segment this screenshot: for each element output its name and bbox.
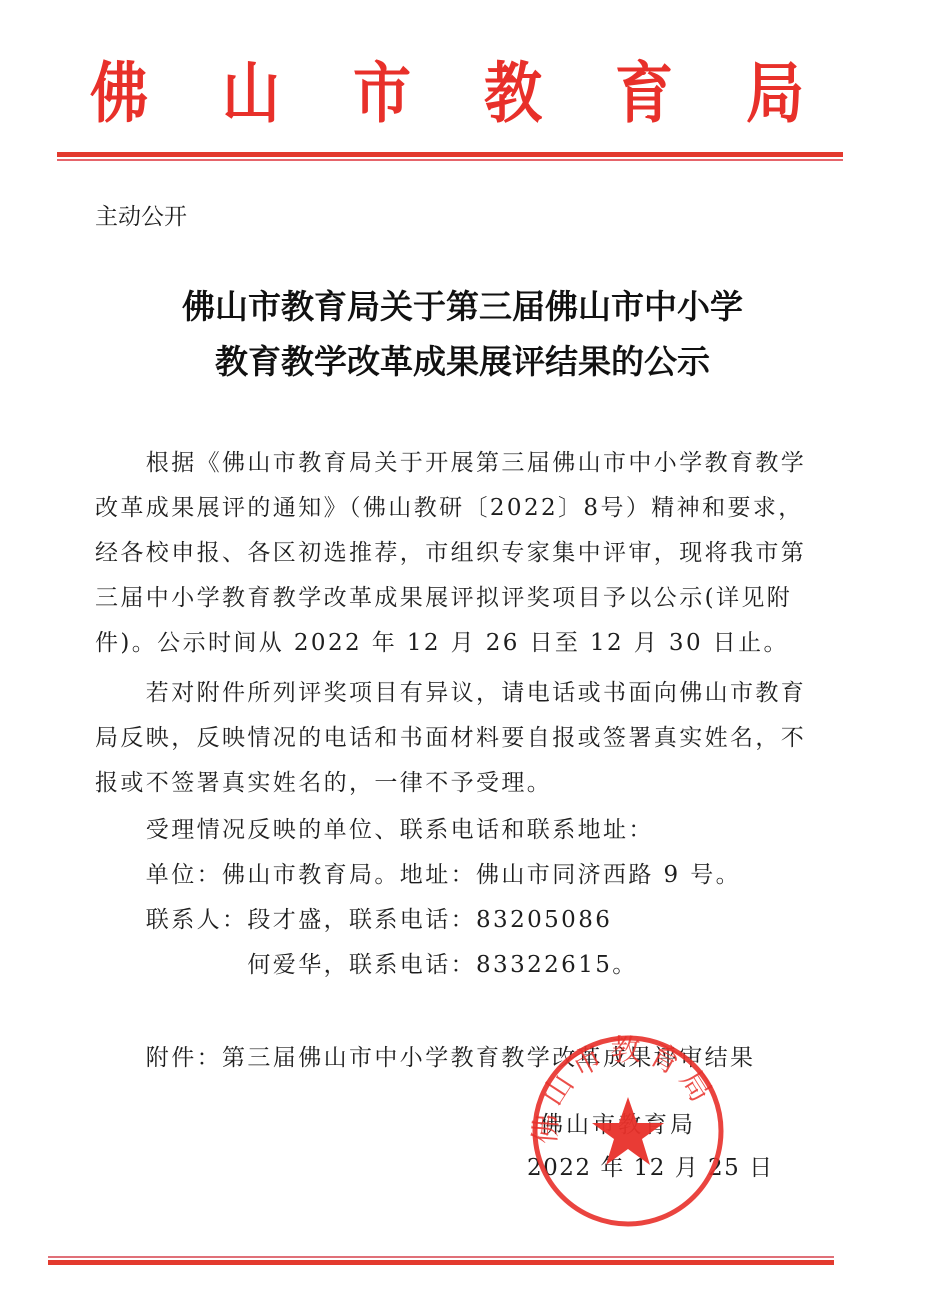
body-line: 件)。公示时间从 2022 年 12 月 26 日至 12 月 30 日止。: [95, 627, 815, 659]
body-line: 三届中小学教育教学改革成果展评拟评奖项目予以公示(详见附: [95, 582, 815, 614]
footer-rule-thin: [48, 1256, 834, 1258]
contact-intro: 受理情况反映的单位、联系电话和联系地址：: [95, 814, 815, 846]
footer-rule-thick: [48, 1260, 834, 1265]
body-line: 局反映，反映情况的电话和书面材料要自报或签署真实姓名，不: [95, 722, 815, 754]
masthead-char: 佛: [90, 52, 148, 134]
contact-person-2: 何爱华，联系电话：83322615。: [95, 949, 815, 981]
masthead-rule-thin: [57, 159, 843, 161]
contact-unit-address: 单位：佛山市教育局。地址：佛山市同济西路 9 号。: [95, 859, 815, 891]
body-line: 改革成果展评的通知》（佛山教研〔2022〕8号）精神和要求，: [95, 492, 815, 524]
document-title-line-2: 教育教学改革成果展评结果的公示: [0, 342, 925, 382]
masthead-char: 育: [615, 52, 673, 134]
body-line: 经各校申报、各区初选推荐，市组织专家集中评审，现将我市第: [95, 537, 815, 569]
document-title-line-1: 佛山市教育局关于第三届佛山市中小学: [0, 287, 925, 327]
masthead-rule-thick: [57, 152, 843, 157]
masthead-char: 教: [484, 52, 542, 134]
contact-person-1: 联系人：段才盛，联系电话：83205086: [95, 904, 815, 936]
masthead-char: 市: [353, 52, 411, 134]
attachment-line: 附件：第三届佛山市中小学教育教学改革成果评审结果: [95, 1042, 815, 1074]
masthead-char: 局: [746, 52, 804, 134]
body-line: 根据《佛山市教育局关于开展第三届佛山市中小学教育教学: [95, 447, 815, 479]
masthead-char: 山: [222, 52, 280, 134]
signature-date: 2022 年 12 月 25 日: [527, 1152, 774, 1184]
disclosure-label: 主动公开: [95, 200, 187, 234]
body-line: 报或不签署真实姓名的，一律不予受理。: [95, 767, 815, 799]
signature-org: 佛山市教育局: [540, 1109, 696, 1141]
body-line: 若对附件所列评奖项目有异议，请电话或书面向佛山市教育: [95, 677, 815, 709]
